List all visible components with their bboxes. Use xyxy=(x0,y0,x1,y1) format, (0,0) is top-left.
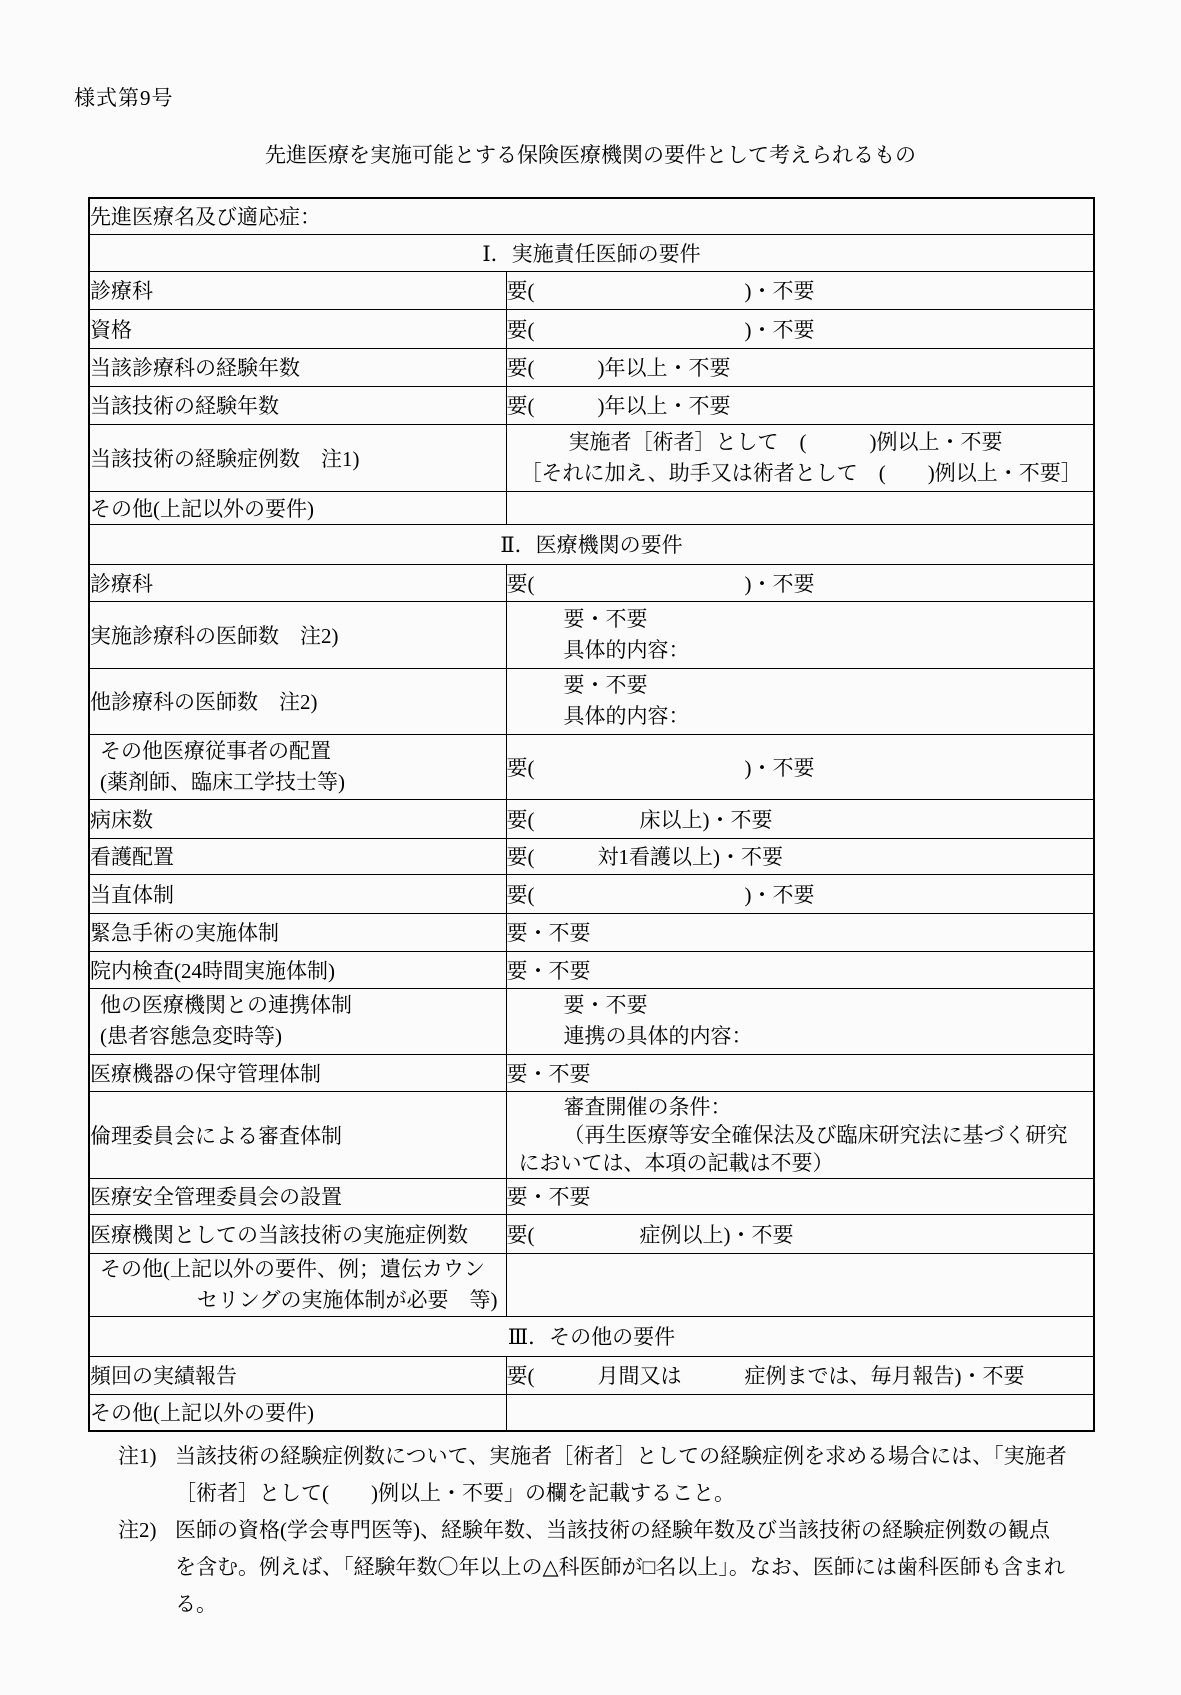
row-value: 要( )年以上・不要 xyxy=(506,348,1094,386)
table-row: 当該技術の経験年数 要( )年以上・不要 xyxy=(89,386,1094,424)
document-title: 先進医療を実施可能とする保険医療機関の要件として考えられるもの xyxy=(0,139,1181,169)
row-label: 頻回の実績報告 xyxy=(89,1356,506,1394)
row-value: 要( )・不要 xyxy=(506,564,1094,601)
section-row: Ⅲ．その他の要件 xyxy=(89,1316,1094,1356)
row-value: 要・不要 xyxy=(506,1054,1094,1091)
row-label: 看護配置 xyxy=(89,838,506,874)
row-label: 医療機器の保守管理体制 xyxy=(89,1054,506,1091)
medical-name-cell: 先進医療名及び適応症： xyxy=(89,198,1094,234)
table-row: その他(上記以外の要件) xyxy=(89,1394,1094,1431)
row-value: 要( 床以上)・不要 xyxy=(506,799,1094,838)
table-row: 院内検査(24時間実施体制) 要・不要 xyxy=(89,951,1094,988)
table-row: 倫理委員会による審査体制 審査開催の条件： （再生医療等安全確保法及び臨床研究法… xyxy=(89,1091,1094,1178)
value-line: ［それに加え、助手又は術者として ( )例以上・不要］ xyxy=(507,458,1094,489)
table-row: 緊急手術の実施体制 要・不要 xyxy=(89,913,1094,951)
table-row: 病床数 要( 床以上)・不要 xyxy=(89,799,1094,838)
row-value: 要( )・不要 xyxy=(506,309,1094,348)
section-header-cell: Ⅰ．実施責任医師の要件 xyxy=(89,234,1094,271)
table-row: 当該診療科の経験年数 要( )年以上・不要 xyxy=(89,348,1094,386)
value-line: （再生医療等安全確保法及び臨床研究法に基づく研究 xyxy=(507,1121,1094,1149)
requirements-table: 先進医療名及び適応症： Ⅰ．実施責任医師の要件 診療科 要( )・不要 資格 要… xyxy=(88,197,1095,1432)
row-label: 当該技術の経験症例数 注1) xyxy=(89,424,506,491)
value-line: 要・不要 xyxy=(507,670,1094,701)
row-value: 要( )・不要 xyxy=(506,874,1094,913)
table-row: 当直体制 要( )・不要 xyxy=(89,874,1094,913)
value-line: 具体的内容： xyxy=(507,701,1094,732)
label-line: その他医療従事者の配置 xyxy=(90,736,506,767)
section-row: Ⅰ．実施責任医師の要件 xyxy=(89,234,1094,271)
value-line: 要・不要 xyxy=(507,990,1094,1021)
section-header-cell: Ⅲ．その他の要件 xyxy=(89,1316,1094,1356)
row-value: 要・不要 xyxy=(506,913,1094,951)
row-label: 当該診療科の経験年数 xyxy=(89,348,506,386)
table-row: 医療機器の保守管理体制 要・不要 xyxy=(89,1054,1094,1091)
footnote-2: 注2)医師の資格(学会専門医等)、経験年数、当該技術の経験年数及び当該技術の経験… xyxy=(118,1512,1068,1623)
value-line: 具体的内容： xyxy=(507,635,1094,666)
row-label: その他(上記以外の要件、例；遺伝カウン セリングの実施体制が必要 等) xyxy=(89,1253,506,1316)
row-value: 審査開催の条件： （再生医療等安全確保法及び臨床研究法に基づく研究 においては、… xyxy=(506,1091,1094,1178)
table-row: 看護配置 要( 対1看護以上)・不要 xyxy=(89,838,1094,874)
table-row: その他医療従事者の配置 (薬剤師、臨床工学技士等) 要( )・不要 xyxy=(89,734,1094,799)
label-line: (患者容態急変時等) xyxy=(90,1021,506,1052)
row-value: 要( 対1看護以上)・不要 xyxy=(506,838,1094,874)
row-label: 緊急手術の実施体制 xyxy=(89,913,506,951)
footnotes: 注1)当該技術の経験症例数について、実施者［術者］としての経験症例を求める場合に… xyxy=(118,1438,1068,1623)
row-label: 実施診療科の医師数 注2) xyxy=(89,601,506,668)
footnote-2-text: 医師の資格(学会専門医等)、経験年数、当該技術の経験年数及び当該技術の経験症例数… xyxy=(175,1518,1065,1616)
row-value: 要・不要 具体的内容： xyxy=(506,601,1094,668)
row-value: 要・不要 連携の具体的内容： xyxy=(506,988,1094,1054)
row-label: 当該技術の経験年数 xyxy=(89,386,506,424)
label-line: その他(上記以外の要件、例；遺伝カウン xyxy=(90,1254,506,1285)
row-label: 資格 xyxy=(89,309,506,348)
row-label: 院内検査(24時間実施体制) xyxy=(89,951,506,988)
row-label: その他(上記以外の要件) xyxy=(89,1394,506,1431)
table-row: 頻回の実績報告 要( 月間又は 症例までは、毎月報告)・不要 xyxy=(89,1356,1094,1394)
row-label: 医療安全管理委員会の設置 xyxy=(89,1178,506,1214)
table-row: 医療機関としての当該技術の実施症例数 要( 症例以上)・不要 xyxy=(89,1214,1094,1253)
row-value: 要( )・不要 xyxy=(506,734,1094,799)
row-value: 要・不要 xyxy=(506,951,1094,988)
footnote-1-text: 当該技術の経験症例数について、実施者［術者］としての経験症例を求める場合には、「… xyxy=(175,1444,1067,1505)
value-line: においては、本項の記載は不要） xyxy=(507,1149,1094,1177)
footnote-2-marker: 注2) xyxy=(118,1512,157,1549)
table-row: 医療安全管理委員会の設置 要・不要 xyxy=(89,1178,1094,1214)
row-value: 要( )・不要 xyxy=(506,271,1094,309)
footnote-1: 注1)当該技術の経験症例数について、実施者［術者］としての経験症例を求める場合に… xyxy=(118,1438,1068,1512)
table-row: その他(上記以外の要件) xyxy=(89,491,1094,524)
table-row: 実施診療科の医師数 注2) 要・不要 具体的内容： xyxy=(89,601,1094,668)
row-value: 要( )年以上・不要 xyxy=(506,386,1094,424)
value-line: 連携の具体的内容： xyxy=(507,1021,1094,1052)
value-line: 実施者［術者］として ( )例以上・不要 xyxy=(507,427,1094,458)
row-label: 診療科 xyxy=(89,564,506,601)
label-line: 他の医療機関との連携体制 xyxy=(90,990,506,1021)
row-value xyxy=(506,1253,1094,1316)
label-line: (薬剤師、臨床工学技士等) xyxy=(90,767,506,798)
row-value: 要・不要 具体的内容： xyxy=(506,668,1094,734)
section-row: Ⅱ．医療機関の要件 xyxy=(89,524,1094,564)
value-line: 審査開催の条件： xyxy=(507,1093,1094,1121)
footnote-1-marker: 注1) xyxy=(118,1438,157,1475)
table-row: 当該技術の経験症例数 注1) 実施者［術者］として ( )例以上・不要 ［それに… xyxy=(89,424,1094,491)
table-row: 他の医療機関との連携体制 (患者容態急変時等) 要・不要 連携の具体的内容： xyxy=(89,988,1094,1054)
row-label: 診療科 xyxy=(89,271,506,309)
row-value: 要( 月間又は 症例までは、毎月報告)・不要 xyxy=(506,1356,1094,1394)
table-row: 診療科 要( )・不要 xyxy=(89,564,1094,601)
table-row: 診療科 要( )・不要 xyxy=(89,271,1094,309)
value-line: 要・不要 xyxy=(507,604,1094,635)
table-row: その他(上記以外の要件、例；遺伝カウン セリングの実施体制が必要 等) xyxy=(89,1253,1094,1316)
row-label: その他医療従事者の配置 (薬剤師、臨床工学技士等) xyxy=(89,734,506,799)
row-label: 病床数 xyxy=(89,799,506,838)
table-row: 資格 要( )・不要 xyxy=(89,309,1094,348)
row-value xyxy=(506,491,1094,524)
row-label: その他(上記以外の要件) xyxy=(89,491,506,524)
table-row: 他診療科の医師数 注2) 要・不要 具体的内容： xyxy=(89,668,1094,734)
row-label: 当直体制 xyxy=(89,874,506,913)
row-value: 実施者［術者］として ( )例以上・不要 ［それに加え、助手又は術者として ( … xyxy=(506,424,1094,491)
form-number: 様式第9号 xyxy=(74,82,174,112)
row-label: 他の医療機関との連携体制 (患者容態急変時等) xyxy=(89,988,506,1054)
row-value: 要( 症例以上)・不要 xyxy=(506,1214,1094,1253)
section-header-cell: Ⅱ．医療機関の要件 xyxy=(89,524,1094,564)
row-value: 要・不要 xyxy=(506,1178,1094,1214)
row-label: 倫理委員会による審査体制 xyxy=(89,1091,506,1178)
document-page: 様式第9号 先進医療を実施可能とする保険医療機関の要件として考えられるもの 先進… xyxy=(0,0,1181,1695)
row-label: 医療機関としての当該技術の実施症例数 xyxy=(89,1214,506,1253)
row-label: 他診療科の医師数 注2) xyxy=(89,668,506,734)
row-value xyxy=(506,1394,1094,1431)
label-line: セリングの実施体制が必要 等) xyxy=(90,1285,506,1316)
table-row: 先進医療名及び適応症： xyxy=(89,198,1094,234)
